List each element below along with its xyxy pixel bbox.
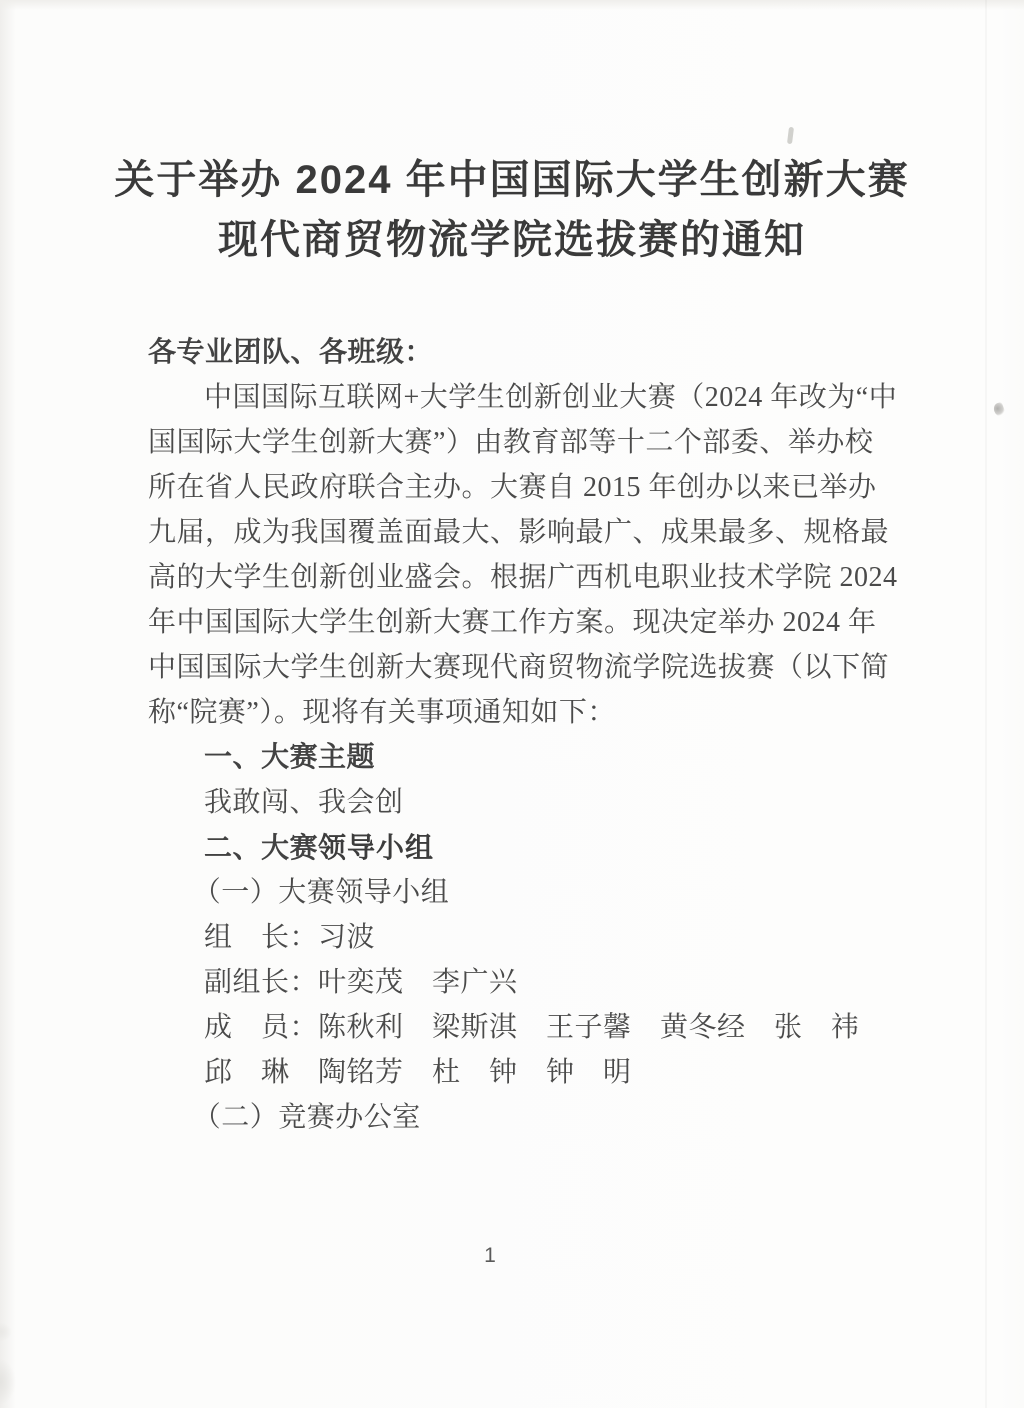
scan-fold-line	[985, 0, 987, 1408]
scan-speck	[787, 127, 794, 144]
document-body: 各专业团队、各班级： 中国国际互联网+大学生创新创业大赛（2024 年改为“中 …	[148, 330, 864, 1140]
intro-paragraph-line: 高的大学生创新创业盛会。根据广西机电职业技术学院 2024	[148, 555, 864, 600]
role-line-members-1: 成 员：陈秋利 梁斯淇 王子馨 黄冬经 张 祎	[148, 1005, 864, 1050]
subsection-office-heading: （二）竞赛办公室	[148, 1095, 864, 1140]
scanned-document-page: 关于举办 2024 年中国国际大学生创新大赛 现代商贸物流学院选拔赛的通知 各专…	[0, 0, 1024, 1408]
section-1-heading: 一、大赛主题	[148, 735, 864, 780]
intro-paragraph-line: 国国际大学生创新大赛”）由教育部等十二个部委、举办校	[148, 420, 864, 465]
document-title-line-1: 关于举办 2024 年中国国际大学生创新大赛	[0, 150, 1024, 210]
document-title: 关于举办 2024 年中国国际大学生创新大赛 现代商贸物流学院选拔赛的通知	[0, 150, 1024, 270]
intro-paragraph-line: 中国国际互联网+大学生创新创业大赛（2024 年改为“中	[148, 375, 864, 420]
intro-paragraph-line: 称“院赛”）。现将有关事项通知如下：	[148, 690, 864, 735]
scan-smudge	[0, 1358, 16, 1406]
role-line-leader: 组 长：习波	[148, 915, 864, 960]
subsection-group-heading: （一）大赛领导小组	[148, 870, 864, 915]
document-title-line-2: 现代商贸物流学院选拔赛的通知	[0, 210, 1024, 270]
competition-theme-text: 我敢闯、我会创	[148, 780, 864, 825]
intro-paragraph-line: 所在省人民政府联合主办。大赛自 2015 年创办以来已举办	[148, 465, 864, 510]
role-line-deputy-leaders: 副组长：叶奕茂 李广兴	[148, 960, 864, 1005]
intro-paragraph-line: 中国国际大学生创新大赛现代商贸物流学院选拔赛（以下简	[148, 645, 864, 690]
section-2-heading-prefix: 二、大赛	[204, 833, 318, 864]
role-line-members-2: 邱 琳 陶铭芳 杜 钟 钟 明	[148, 1050, 864, 1095]
section-2-heading-emphasis: 领导小组	[318, 832, 434, 863]
intro-paragraph-line: 年中国国际大学生创新大赛工作方案。现决定举办 2024 年	[148, 600, 864, 645]
intro-paragraph-line: 九届，成为我国覆盖面最大、影响最广、成果最多、规格最	[148, 510, 864, 555]
scan-smudge	[0, 1322, 12, 1342]
salutation: 各专业团队、各班级：	[148, 330, 864, 375]
page-number: 1	[0, 1244, 980, 1268]
section-2-heading: 二、大赛领导小组	[148, 825, 864, 870]
scan-speck	[992, 402, 1006, 418]
